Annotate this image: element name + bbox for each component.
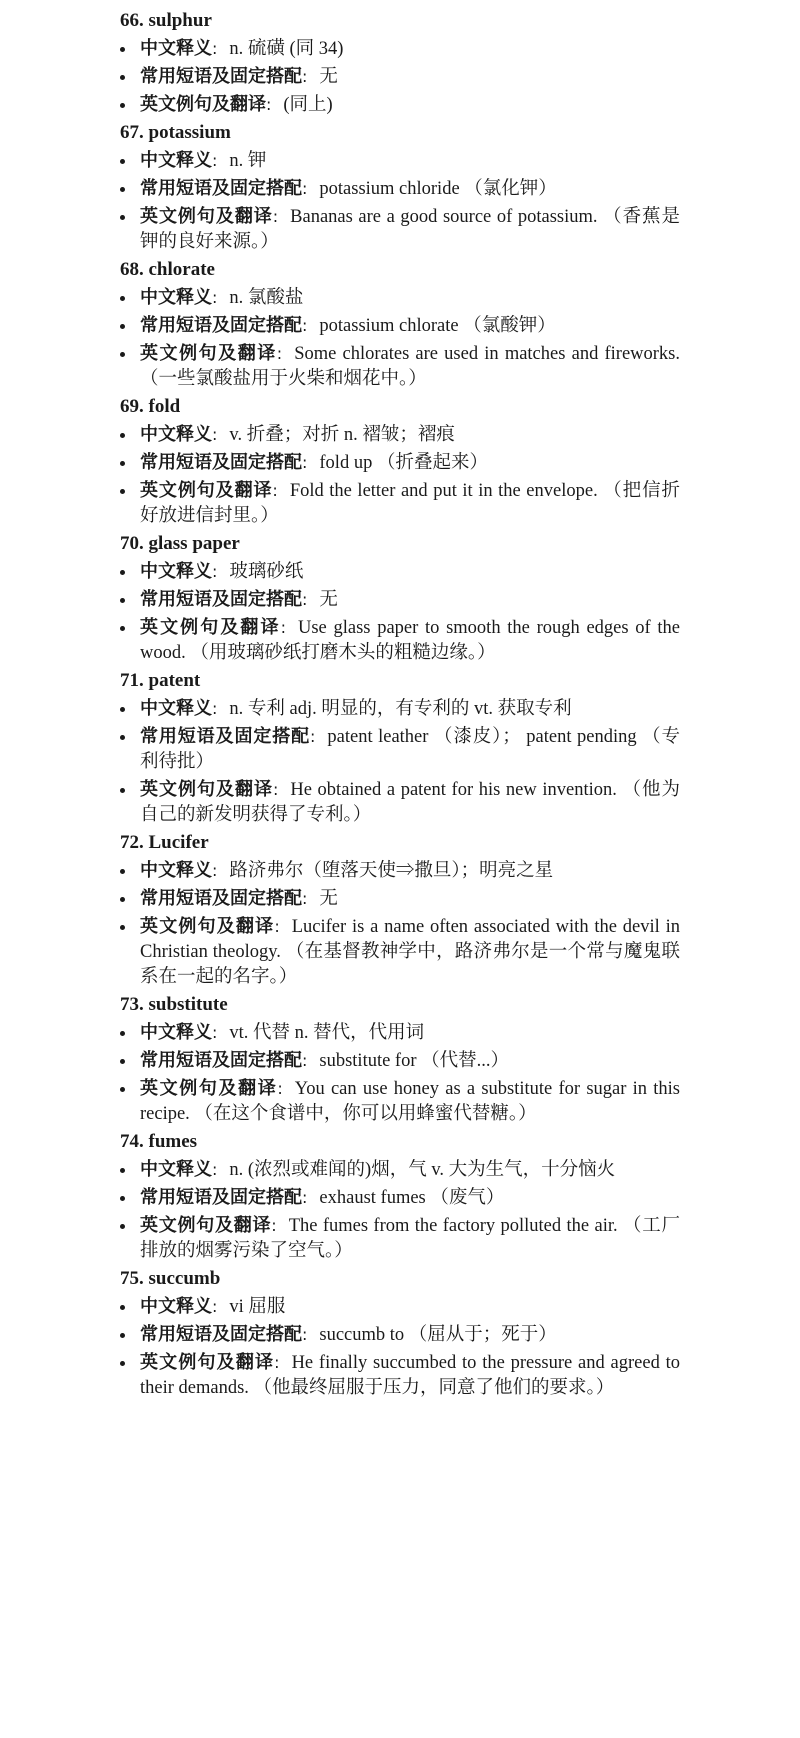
bullet-icon — [120, 707, 125, 712]
phrases-line: 常用短语及固定搭配:potassium chlorate （氯酸钾） — [120, 313, 680, 339]
bullet-icon — [120, 1196, 125, 1201]
vocab-entry: 67. potassium 中文释义:n. 钾 常用短语及固定搭配:potass… — [120, 120, 680, 255]
phrases-line: 常用短语及固定搭配:potassium chloride （氯化钾） — [120, 176, 680, 202]
bullet-icon — [120, 1059, 125, 1064]
phrases-line: 常用短语及固定搭配:succumb to （屈从于；死于） — [120, 1322, 680, 1348]
entry-title: 70. glass paper — [120, 531, 680, 557]
entry-title: 72. Lucifer — [120, 830, 680, 856]
entry-title: 74. fumes — [120, 1129, 680, 1155]
bullet-icon — [120, 352, 125, 357]
phrases-line: 常用短语及固定搭配:patent leather （漆皮）； patent pe… — [120, 724, 680, 775]
bullet-icon — [120, 1305, 125, 1310]
example-line: 英文例句及翻译:Fold the letter and put it in th… — [120, 478, 680, 529]
vocab-entry: 75. succumb 中文释义:vi 屈服 常用短语及固定搭配:succumb… — [120, 1266, 680, 1401]
bullet-icon — [120, 1087, 125, 1092]
vocab-entry: 71. patent 中文释义:n. 专利 adj. 明显的，有专利的 vt. … — [120, 668, 680, 828]
meaning-line: 中文释义:玻璃砂纸 — [120, 559, 680, 585]
example-line: 英文例句及翻译:Bananas are a good source of pot… — [120, 204, 680, 255]
phrases-line: 常用短语及固定搭配:exhaust fumes （废气） — [120, 1185, 680, 1211]
bullet-icon — [120, 75, 125, 80]
bullet-icon — [120, 598, 125, 603]
phrases-line: 常用短语及固定搭配:无 — [120, 886, 680, 912]
example-line: 英文例句及翻译:Use glass paper to smooth the ro… — [120, 615, 680, 666]
bullet-icon — [120, 735, 125, 740]
meaning-line: 中文释义:n. (浓烈或难闻的)烟，气 v. 大为生气，十分恼火 — [120, 1157, 680, 1183]
bullet-icon — [120, 1224, 125, 1229]
vocab-entry: 74. fumes 中文释义:n. (浓烈或难闻的)烟，气 v. 大为生气，十分… — [120, 1129, 680, 1264]
bullet-icon — [120, 1168, 125, 1173]
bullet-icon — [120, 626, 125, 631]
vocab-entry: 72. Lucifer 中文释义:路济弗尔（堕落天使⇒撒旦）；明亮之星 常用短语… — [120, 830, 680, 990]
bullet-icon — [120, 925, 125, 930]
meaning-line: 中文释义:n. 专利 adj. 明显的，有专利的 vt. 获取专利 — [120, 696, 680, 722]
bullet-icon — [120, 215, 125, 220]
meaning-line: 中文释义:n. 钾 — [120, 148, 680, 174]
entry-title: 69. fold — [120, 394, 680, 420]
meaning-line: 中文释义:路济弗尔（堕落天使⇒撒旦）；明亮之星 — [120, 858, 680, 884]
entry-title: 66. sulphur — [120, 8, 680, 34]
phrases-line: 常用短语及固定搭配:无 — [120, 64, 680, 90]
phrases-line: 常用短语及固定搭配:fold up （折叠起来） — [120, 450, 680, 476]
vocab-entry: 68. chlorate 中文释义:n. 氯酸盐 常用短语及固定搭配:potas… — [120, 257, 680, 392]
bullet-icon — [120, 897, 125, 902]
entry-title: 67. potassium — [120, 120, 680, 146]
bullet-icon — [120, 788, 125, 793]
vocab-entry: 69. fold 中文释义:v. 折叠；对折 n. 褶皱；褶痕 常用短语及固定搭… — [120, 394, 680, 529]
example-line: 英文例句及翻译:(同上) — [120, 92, 680, 118]
bullet-icon — [120, 433, 125, 438]
bullet-icon — [120, 159, 125, 164]
bullet-icon — [120, 570, 125, 575]
vocab-entry: 73. substitute 中文释义:vt. 代替 n. 替代，代用词 常用短… — [120, 992, 680, 1127]
bullet-icon — [120, 1361, 125, 1366]
phrases-line: 常用短语及固定搭配:无 — [120, 587, 680, 613]
bullet-icon — [120, 103, 125, 108]
bullet-icon — [120, 869, 125, 874]
entry-title: 73. substitute — [120, 992, 680, 1018]
example-line: 英文例句及翻译:Lucifer is a name often associat… — [120, 914, 680, 990]
vocabulary-page: 66. sulphur 中文释义:n. 硫磺 (同 34) 常用短语及固定搭配:… — [120, 0, 680, 1403]
example-line: 英文例句及翻译:He finally succumbed to the pres… — [120, 1350, 680, 1401]
bullet-icon — [120, 1333, 125, 1338]
example-line: 英文例句及翻译:He obtained a patent for his new… — [120, 777, 680, 828]
example-line: 英文例句及翻译:The fumes from the factory pollu… — [120, 1213, 680, 1264]
bullet-icon — [120, 187, 125, 192]
entry-title: 68. chlorate — [120, 257, 680, 283]
meaning-line: 中文释义:n. 硫磺 (同 34) — [120, 36, 680, 62]
example-line: 英文例句及翻译:Some chlorates are used in match… — [120, 341, 680, 392]
bullet-icon — [120, 1031, 125, 1036]
bullet-icon — [120, 324, 125, 329]
meaning-line: 中文释义:vi 屈服 — [120, 1294, 680, 1320]
cut-off-text — [120, 0, 680, 8]
bullet-icon — [120, 461, 125, 466]
vocab-entry: 66. sulphur 中文释义:n. 硫磺 (同 34) 常用短语及固定搭配:… — [120, 8, 680, 118]
example-line: 英文例句及翻译:You can use honey as a substitut… — [120, 1076, 680, 1127]
phrases-line: 常用短语及固定搭配:substitute for （代替...） — [120, 1048, 680, 1074]
vocab-entry: 70. glass paper 中文释义:玻璃砂纸 常用短语及固定搭配:无 英文… — [120, 531, 680, 666]
entry-title: 75. succumb — [120, 1266, 680, 1292]
meaning-line: 中文释义:n. 氯酸盐 — [120, 285, 680, 311]
meaning-line: 中文释义:vt. 代替 n. 替代，代用词 — [120, 1020, 680, 1046]
bullet-icon — [120, 489, 125, 494]
meaning-line: 中文释义:v. 折叠；对折 n. 褶皱；褶痕 — [120, 422, 680, 448]
entry-title: 71. patent — [120, 668, 680, 694]
bullet-icon — [120, 47, 125, 52]
bullet-icon — [120, 296, 125, 301]
